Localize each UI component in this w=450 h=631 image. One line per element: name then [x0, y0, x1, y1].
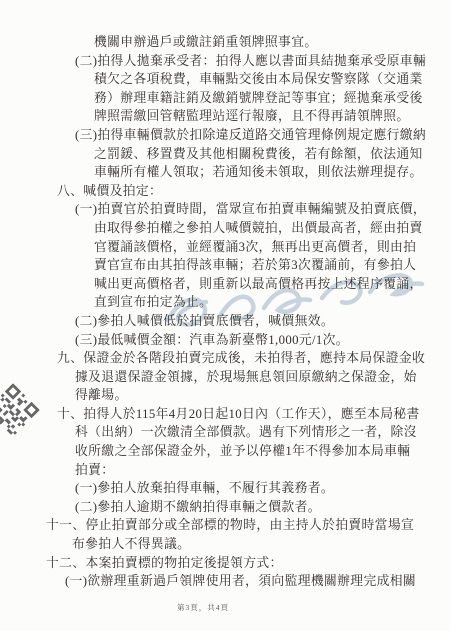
doc-line: 機關申辦過戶或繳註銷重領牌照事宜。	[0, 33, 450, 52]
doc-line: (三)拍得車輛價款於扣除違反道路交通管理條例規定應行繳納	[0, 126, 450, 145]
doc-line: 科（出納）一次繳清全部價款。遇有下列情形之一者，除沒	[0, 423, 450, 442]
doc-line: (一)參拍人放棄拍得車輛，不履行其義務者。	[0, 479, 450, 498]
page-number-indicator: 第3頁，共4頁	[0, 602, 450, 613]
doc-line: 由取得參拍權之參拍人喊價競拍，出價最高者，經由拍賣	[0, 219, 450, 238]
doc-line: 牌照需繳回管轄監理站逕行報廢，且不得再請領牌照。	[0, 107, 450, 126]
document-page: 機關申辦過戶或繳註銷重領牌照事宜。 (二)拍得人拋棄承受者：拍得人應以書面具結拋…	[0, 0, 450, 631]
doc-line: 布參拍人不得異議。	[0, 535, 450, 554]
doc-line: 據及退還保證金領據，於現場無息領回原繳納之保證金，始	[0, 368, 450, 387]
doc-line: (一)拍賣官於拍賣時間，當眾宣布拍賣車輛編號及拍賣底價，	[0, 200, 450, 219]
doc-line: (三)最低喊價金額：汽車為新臺幣1,000元/1次。	[0, 331, 450, 350]
doc-section-heading: 十二、本案拍賣標的物拍定後提領方式：	[0, 554, 450, 573]
doc-section-heading: 八、喊價及拍定：	[0, 182, 450, 201]
doc-line: (二)參拍人逾期不繳納拍得車輛之價款者。	[0, 498, 450, 517]
document-body: 機關申辦過戶或繳註銷重領牌照事宜。 (二)拍得人拋棄承受者：拍得人應以書面具結拋…	[0, 33, 450, 591]
doc-line: 拍賣：	[0, 461, 450, 480]
doc-section-heading: 九、保證金於各階段拍賣完成後，未拍得者，應持本局保證金收	[0, 349, 450, 368]
doc-line: 收所繳之全部保證金外，並予以停權1年不得參加本局車輛	[0, 442, 450, 461]
doc-line: 賣官宣布由其拍得該車輛；若於第3次覆誦前，有參拍人	[0, 256, 450, 275]
doc-line: (二)參拍人喊價低於拍賣底價者，喊價無效。	[0, 312, 450, 331]
doc-line: 直到宣布拍定為止。	[0, 293, 450, 312]
doc-line: 喊出更高價格者，則重新以最高價格再按上述程序覆誦，	[0, 275, 450, 294]
doc-line: (二)拍得人拋棄承受者：拍得人應以書面具結拋棄承受原車輛	[0, 52, 450, 71]
doc-line: 得離場。	[0, 386, 450, 405]
doc-section-heading: 十、拍得人於115年4月20日起10日內（工作天），應至本局秘書	[0, 405, 450, 424]
doc-line: 車輛所有權人領取；若通知後未領取，則依法辦理提存。	[0, 163, 450, 182]
doc-line: 官覆誦該價格，並經覆誦3次，無再出更高價者，則由拍	[0, 238, 450, 257]
doc-section-heading: 十一、停止拍賣部分或全部標的物時，由主持人於拍賣時當場宣	[0, 516, 450, 535]
doc-line: (一)欲辦理重新過戶領牌使用者，須向監理機關辦理完成相關	[0, 572, 450, 591]
doc-line: 務）辦理車籍註銷及繳銷號牌登記等事宜；經拋棄承受後	[0, 89, 450, 108]
doc-line: 之罰鍰、移置費及其他相關稅費後，若有餘額，依法通知	[0, 145, 450, 164]
doc-line: 積欠之各項稅費，車輛點交後由本局保安警察隊（交通業	[0, 70, 450, 89]
